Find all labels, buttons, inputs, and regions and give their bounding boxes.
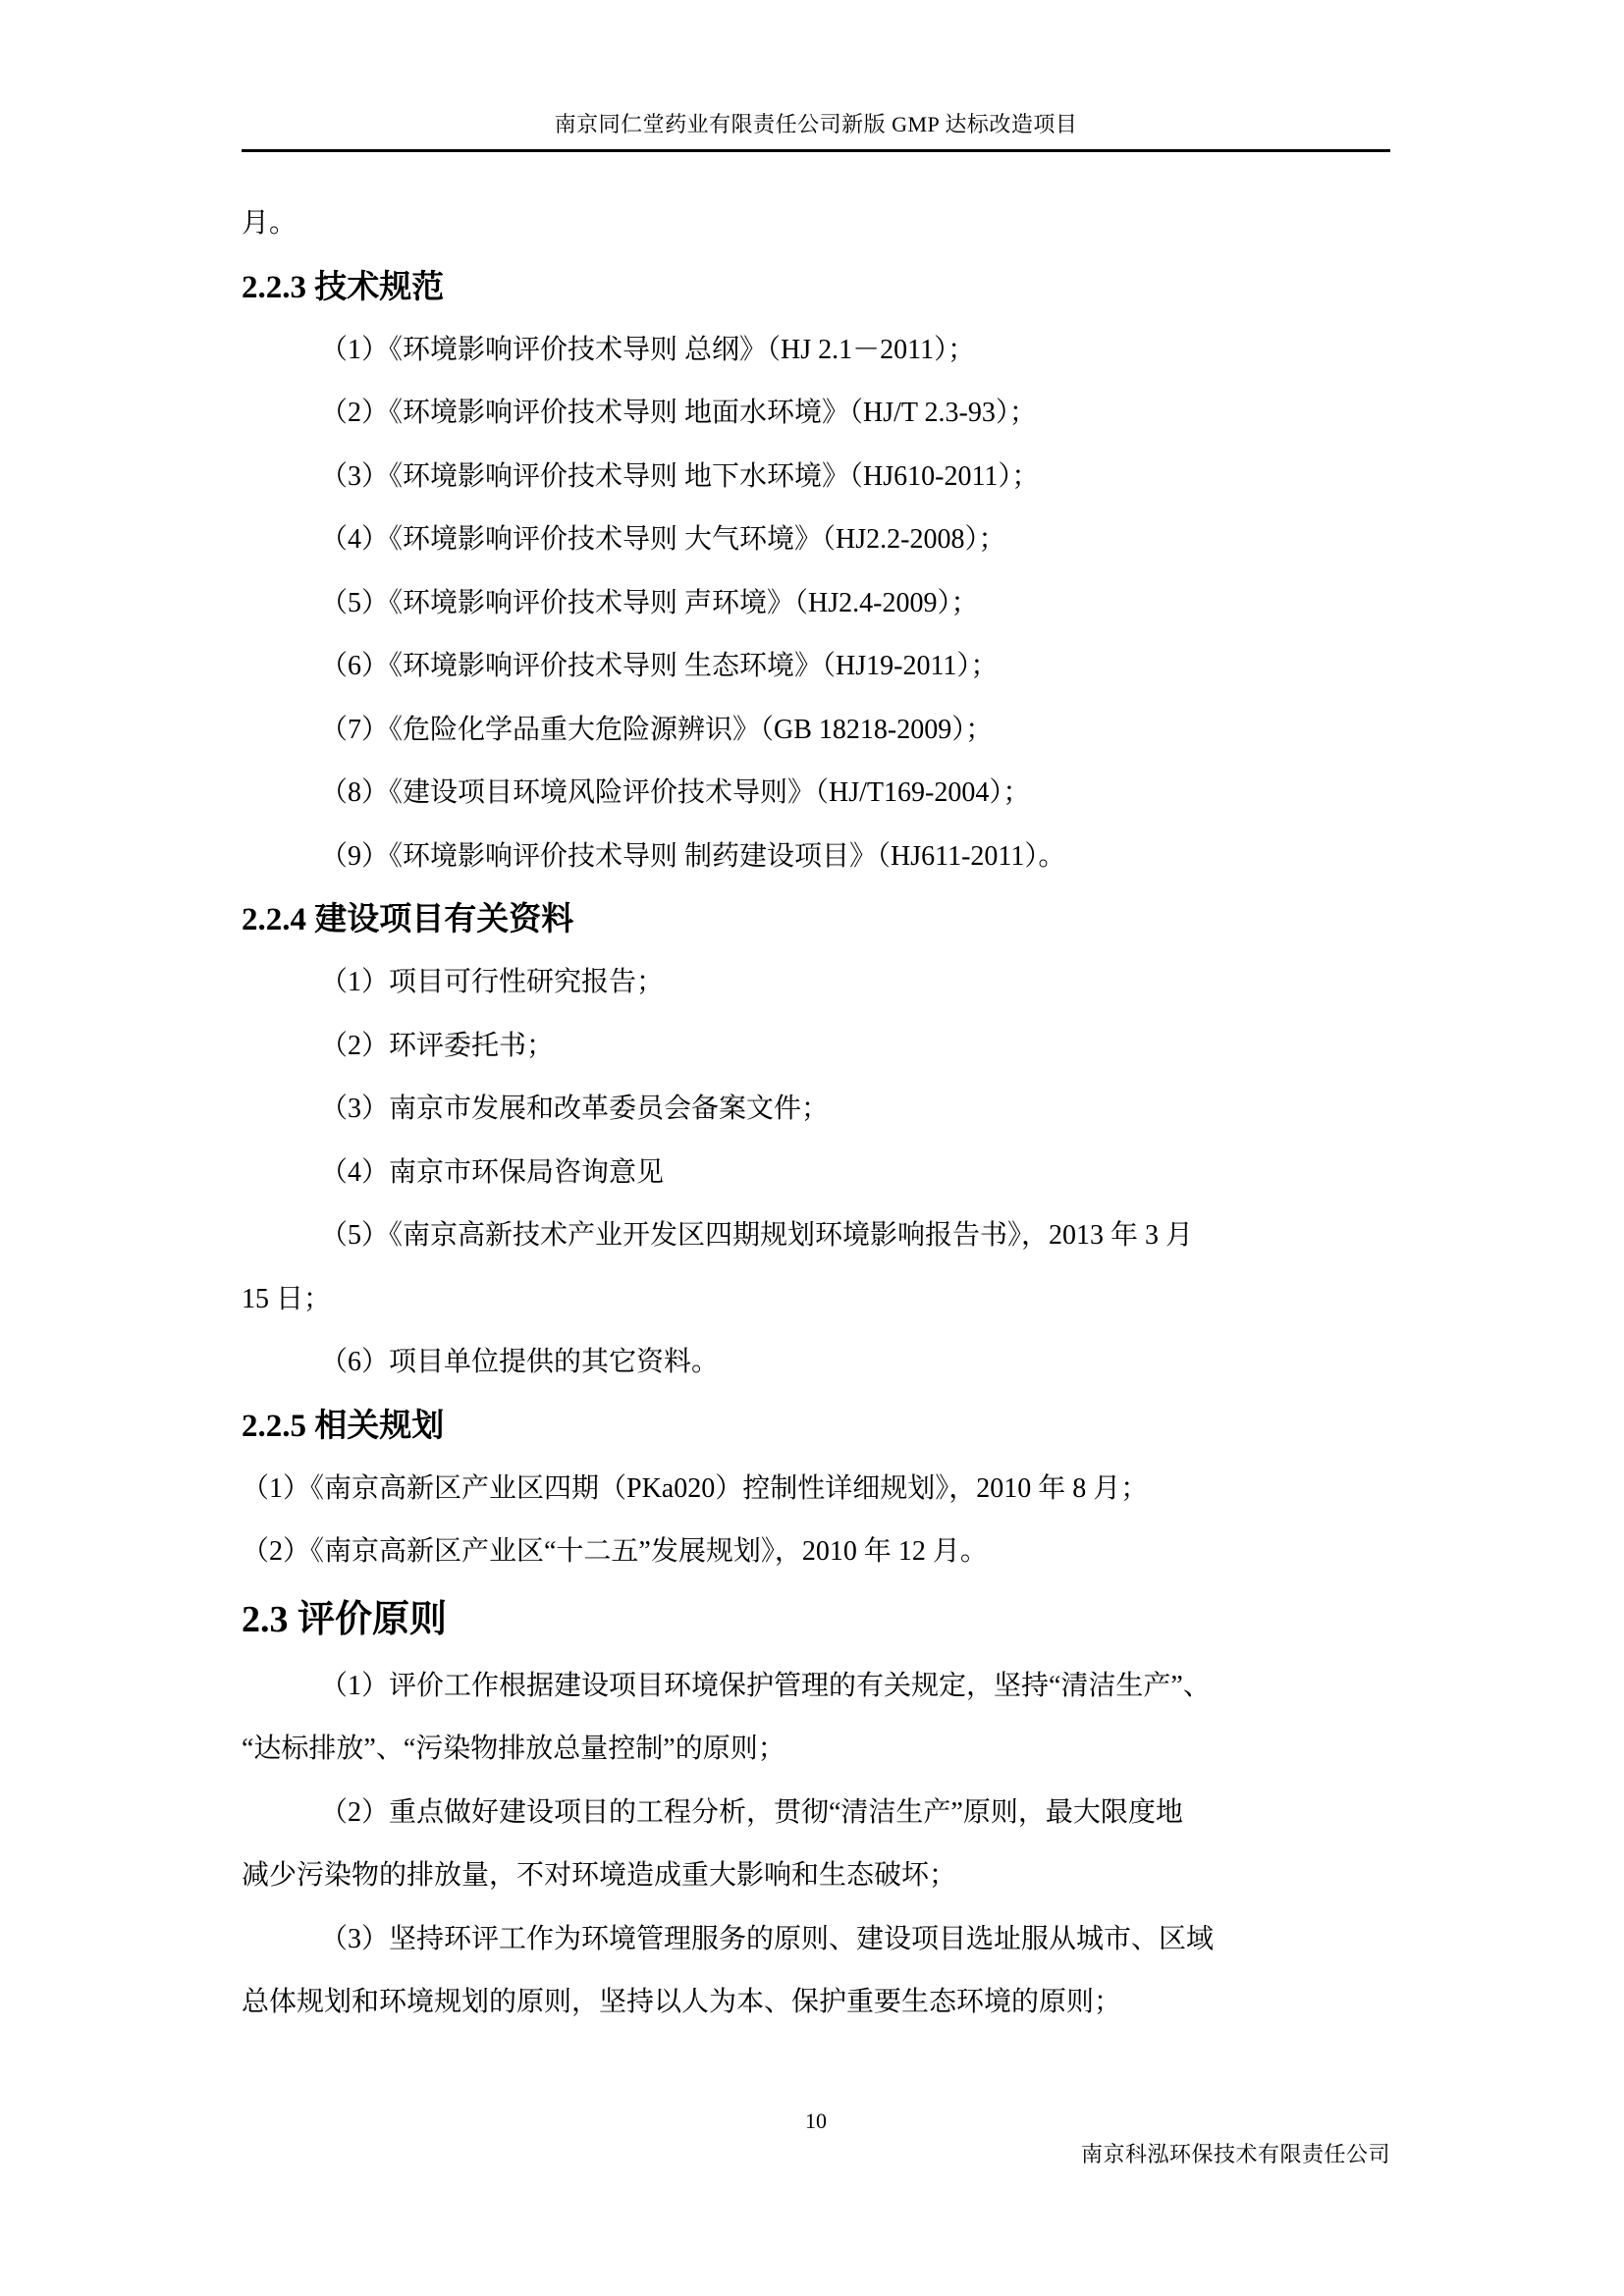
paragraph-line: 总体规划和环境规划的原则，坚持以人为本、保护重要生态环境的原则； [242, 1971, 1390, 2035]
section-heading-2-2-5: 2.2.5 相关规划 [242, 1395, 1390, 1458]
list-item: （2）《南京高新区产业区“十二五”发展规划》，2010 年 12 月。 [242, 1521, 1390, 1584]
page-number: 10 [242, 2109, 1390, 2134]
document-body: 月。 2.2.3 技术规范 （1）《环境影响评价技术导则 总纲》（HJ 2.1－… [242, 192, 1390, 2035]
list-item: （3）《环境影响评价技术导则 地下水环境》（HJ610-2011）； [242, 446, 1390, 509]
list-item: （4）《环境影响评价技术导则 大气环境》（HJ2.2-2008）； [242, 508, 1390, 572]
list-item: （1）《环境影响评价技术导则 总纲》（HJ 2.1－2011）； [242, 319, 1390, 383]
list-item: （2）《环境影响评价技术导则 地面水环境》（HJ/T 2.3-93）； [242, 382, 1390, 446]
page-header-title: 南京同仁堂药业有限责任公司新版 GMP 达标改造项目 [242, 110, 1390, 139]
footer-company-name: 南京科泓环保技术有限责任公司 [1081, 2138, 1390, 2168]
paragraph-line: “达标排放”、“污染物排放总量控制”的原则； [242, 1718, 1390, 1782]
section-heading-2-2-4: 2.2.4 建设项目有关资料 [242, 888, 1390, 951]
list-item: （3）南京市发展和改革委员会备案文件； [242, 1078, 1390, 1142]
paragraph-line: （3）坚持环评工作为环境管理服务的原则、建设项目选址服从城市、区域 [242, 1908, 1390, 1972]
header-divider [242, 149, 1390, 152]
list-item: （8）《建设项目环境风险评价技术导则》（HJ/T169-2004）； [242, 762, 1390, 826]
list-item: （5）《环境影响评价技术导则 声环境》（HJ2.4-2009）； [242, 572, 1390, 636]
section-heading-2-3: 2.3 评价原则 [242, 1584, 1390, 1655]
list-item-continuation: 15 日； [242, 1268, 1390, 1332]
list-item: （5）《南京高新技术产业开发区四期规划环境影响报告书》，2013 年 3 月 [242, 1204, 1390, 1268]
paragraph-line: （1）评价工作根据建设项目环境保护管理的有关规定，坚持“清洁生产”、 [242, 1655, 1390, 1719]
list-item: （2）环评委托书； [242, 1015, 1390, 1079]
list-item: （4）南京市环保局咨询意见 [242, 1142, 1390, 1205]
paragraph-line: （2）重点做好建设项目的工程分析，贯彻“清洁生产”原则，最大限度地 [242, 1782, 1390, 1845]
carryover-text: 月。 [242, 192, 1390, 256]
list-item: （6）项目单位提供的其它资料。 [242, 1331, 1390, 1395]
list-item: （1）《南京高新区产业区四期（PKa020）控制性详细规划》，2010 年 8 … [242, 1458, 1390, 1522]
section-heading-2-2-3: 2.2.3 技术规范 [242, 256, 1390, 319]
list-item: （9）《环境影响评价技术导则 制药建设项目》（HJ611-2011）。 [242, 826, 1390, 889]
list-item: （7）《危险化学品重大危险源辨识》（GB 18218-2009）； [242, 699, 1390, 763]
paragraph-line: 减少污染物的排放量，不对环境造成重大影响和生态破坏； [242, 1844, 1390, 1908]
list-item: （1）项目可行性研究报告； [242, 951, 1390, 1015]
list-item: （6）《环境影响评价技术导则 生态环境》（HJ19-2011）； [242, 635, 1390, 699]
